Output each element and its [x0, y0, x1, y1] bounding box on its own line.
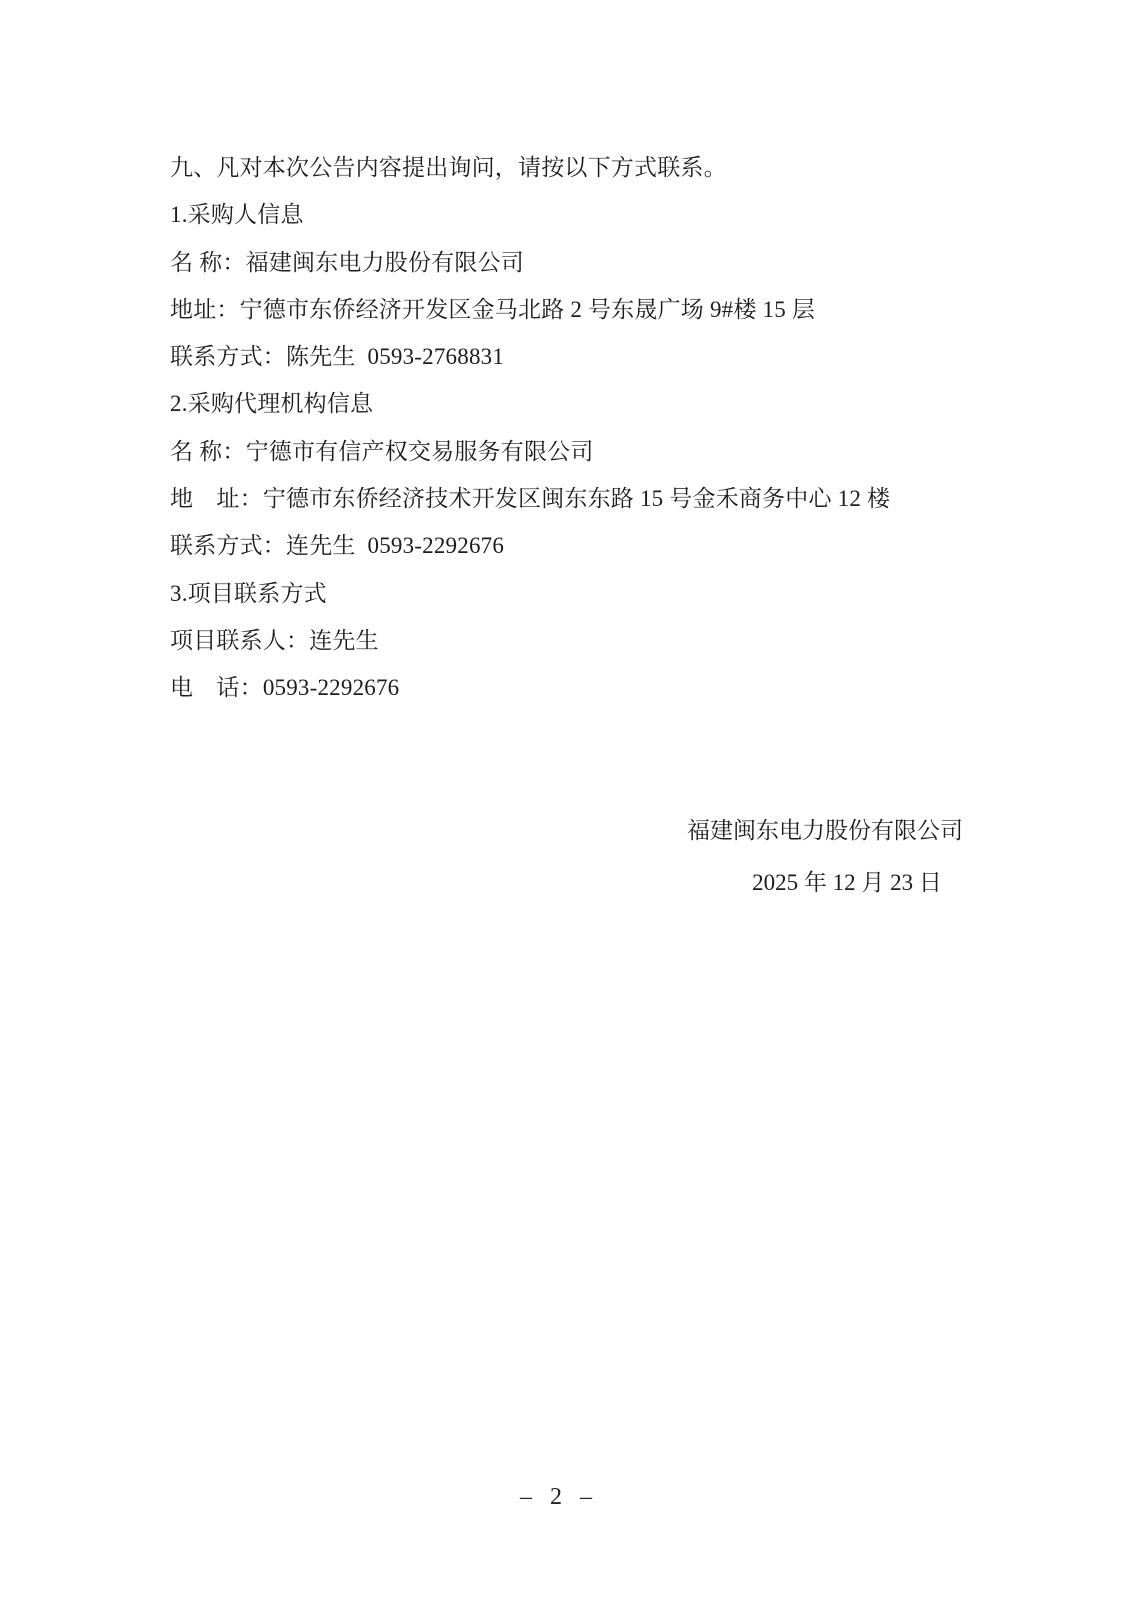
- buyer-name-value: 福建闽东电力股份有限公司: [246, 250, 524, 275]
- agency-address-value: 宁德市东侨经济技术开发区闽东东路 15 号金禾商务中心 12 楼: [263, 486, 890, 511]
- agency-contact-line: 联系方式：连先生 0593-2292676: [170, 522, 1021, 569]
- document-body: 九、凡对本次公告内容提出询问，请按以下方式联系。 1.采购人信息 名 称：福建闽…: [170, 144, 1021, 712]
- project-contact-person-line: 项目联系人：连先生: [170, 617, 1021, 664]
- page-number: – 2 –: [0, 1484, 1114, 1511]
- signature-block: 福建闽东电力股份有限公司 2025 年 12 月 23 日: [615, 805, 1035, 909]
- document-page: 九、凡对本次公告内容提出询问，请按以下方式联系。 1.采购人信息 名 称：福建闽…: [0, 0, 1131, 1600]
- intro-paragraph: 九、凡对本次公告内容提出询问，请按以下方式联系。: [170, 144, 1021, 191]
- project-phone-line: 电 话：0593-2292676: [170, 664, 1021, 711]
- project-phone-value: 0593-2292676: [263, 675, 400, 700]
- project-phone-label: 电 话：: [170, 675, 263, 700]
- section-3-heading: 3.项目联系方式: [170, 570, 1021, 617]
- agency-contact-label: 联系方式：: [170, 533, 286, 558]
- buyer-contact-label: 联系方式：: [170, 344, 286, 369]
- buyer-contact-line: 联系方式：陈先生 0593-2768831: [170, 333, 1021, 380]
- section-1-heading: 1.采购人信息: [170, 191, 1021, 238]
- signature-company: 福建闽东电力股份有限公司: [615, 805, 1035, 857]
- signature-date: 2025 年 12 月 23 日: [615, 857, 1035, 909]
- buyer-contact-value: 陈先生 0593-2768831: [286, 344, 504, 369]
- agency-name-value: 宁德市有信产权交易服务有限公司: [246, 439, 594, 464]
- agency-address-line: 地 址：宁德市东侨经济技术开发区闽东东路 15 号金禾商务中心 12 楼: [170, 475, 1021, 522]
- agency-address-label: 地 址：: [170, 486, 263, 511]
- buyer-address-line: 地址：宁德市东侨经济开发区金马北路 2 号东晟广场 9#楼 15 层: [170, 286, 1021, 333]
- buyer-name-label: 名 称：: [170, 250, 246, 275]
- agency-name-label: 名 称：: [170, 439, 246, 464]
- buyer-name-line: 名 称：福建闽东电力股份有限公司: [170, 239, 1021, 286]
- project-contact-person-value: 连先生: [309, 628, 379, 653]
- agency-name-line: 名 称：宁德市有信产权交易服务有限公司: [170, 428, 1021, 475]
- section-2-heading: 2.采购代理机构信息: [170, 380, 1021, 427]
- buyer-address-value: 宁德市东侨经济开发区金马北路 2 号东晟广场 9#楼 15 层: [240, 297, 815, 322]
- agency-contact-value: 连先生 0593-2292676: [286, 533, 504, 558]
- project-contact-person-label: 项目联系人：: [170, 628, 309, 653]
- buyer-address-label: 地址：: [170, 297, 240, 322]
